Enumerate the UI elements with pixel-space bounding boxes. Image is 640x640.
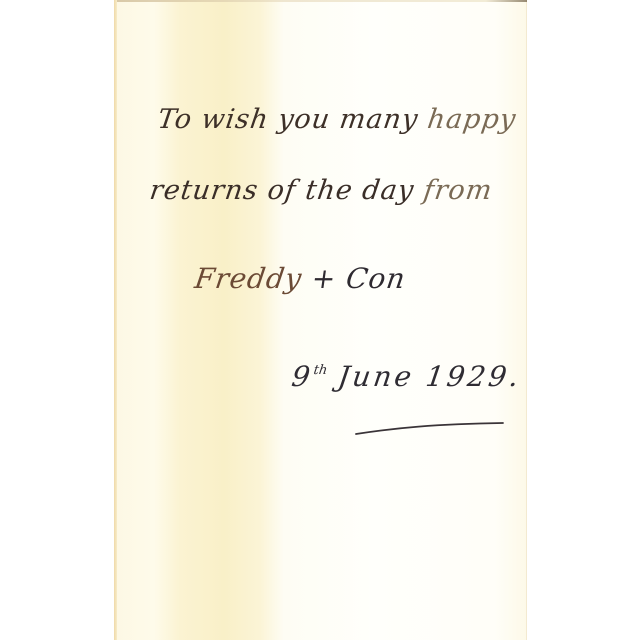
inscription-date: 9th June 1929. [290, 360, 524, 393]
inscription-line-1: To wish you many happy [156, 104, 518, 135]
date-month-year: June 1929. [336, 360, 524, 393]
date-day: 9 [290, 360, 315, 393]
date-underline [355, 420, 505, 436]
inscription-line-2-text: returns of the day [148, 175, 416, 206]
inscription-line-1-text-faded: happy [426, 104, 519, 135]
inscription-page [114, 0, 527, 640]
date-ordinal: th [313, 363, 329, 378]
inscription-line-2: returns of the day from [148, 175, 495, 206]
inscription-line-1-text: To wish you many [156, 104, 421, 135]
inscription-signature: Freddy + Con [193, 262, 408, 295]
signature-name-1: Freddy [193, 262, 305, 295]
inscription-line-2-text-faded: from [422, 175, 495, 206]
signature-name-2: + Con [310, 262, 408, 295]
page-left-edge [114, 0, 117, 640]
